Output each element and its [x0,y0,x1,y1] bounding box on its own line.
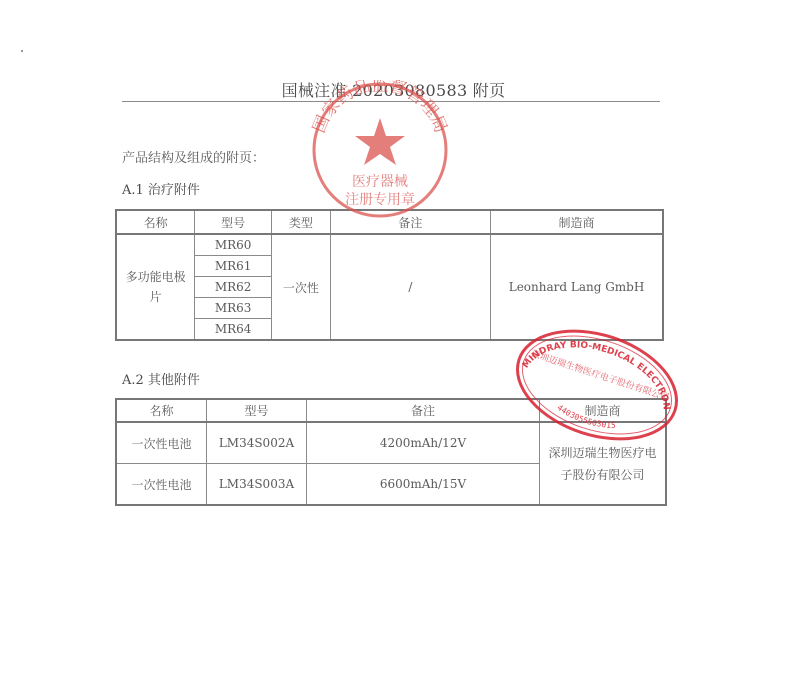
seal-inner-text: 深圳迈瑞生物医疗电子股份有限公司 [530,348,671,404]
item-model: LM34S003A [207,464,307,506]
item-name: 一次性电池 [116,464,207,506]
remark-cell: / [330,234,490,340]
header-model: 型号 [195,210,272,234]
document-title: 国械注准 20203080583 附页 [0,78,787,101]
header-manufacturer: 制造商 [491,210,663,234]
product-name: 多功能电极片 [116,234,195,340]
model-cell: MR60 [195,234,272,256]
intro-text: 产品结构及组成的附页： [122,147,265,166]
other-accessories-table: 名称 型号 备注 制造商 一次性电池 LM34S002A 4200mAh/12V… [115,398,667,506]
header-name: 名称 [116,399,207,422]
section-heading-a1: A.1 治疗附件 [122,179,200,198]
seal-center-line2: 注册专用章 [345,191,415,208]
scan-speck [21,50,23,52]
header-remark: 备注 [330,210,490,234]
item-remark: 6600mAh/15V [306,464,539,506]
manufacturer-cell: Leonhard Lang GmbH [491,234,663,340]
type-cell: 一次性 [272,234,331,340]
model-cell: MR61 [195,256,272,277]
header-model: 型号 [207,399,307,422]
table-row: 一次性电池 LM34S002A 4200mAh/12V 深圳迈瑞生物医疗电子股份… [116,422,666,464]
model-cell: MR64 [195,319,272,341]
model-cell: MR62 [195,277,272,298]
manufacturer-cell: 深圳迈瑞生物医疗电子股份有限公司 [540,422,666,505]
header-manufacturer: 制造商 [540,399,666,422]
header-type: 类型 [272,210,331,234]
item-model: LM34S002A [207,422,307,464]
section-heading-a2: A.2 其他附件 [122,369,200,388]
title-underline [122,101,660,102]
table-header-row: 名称 型号 类型 备注 制造商 [116,210,663,234]
model-cell: MR63 [195,298,272,319]
table-header-row: 名称 型号 备注 制造商 [116,399,666,422]
star-icon [355,118,405,165]
seal-center-line1: 医疗器械 [352,173,408,190]
header-name: 名称 [116,210,195,234]
treatment-accessories-table: 名称 型号 类型 备注 制造商 多功能电极片 MR60 一次性 / Leonha… [115,209,664,341]
item-name: 一次性电池 [116,422,207,464]
header-remark: 备注 [306,399,539,422]
table-row: 多功能电极片 MR60 一次性 / Leonhard Lang GmbH [116,234,663,256]
item-remark: 4200mAh/12V [306,422,539,464]
